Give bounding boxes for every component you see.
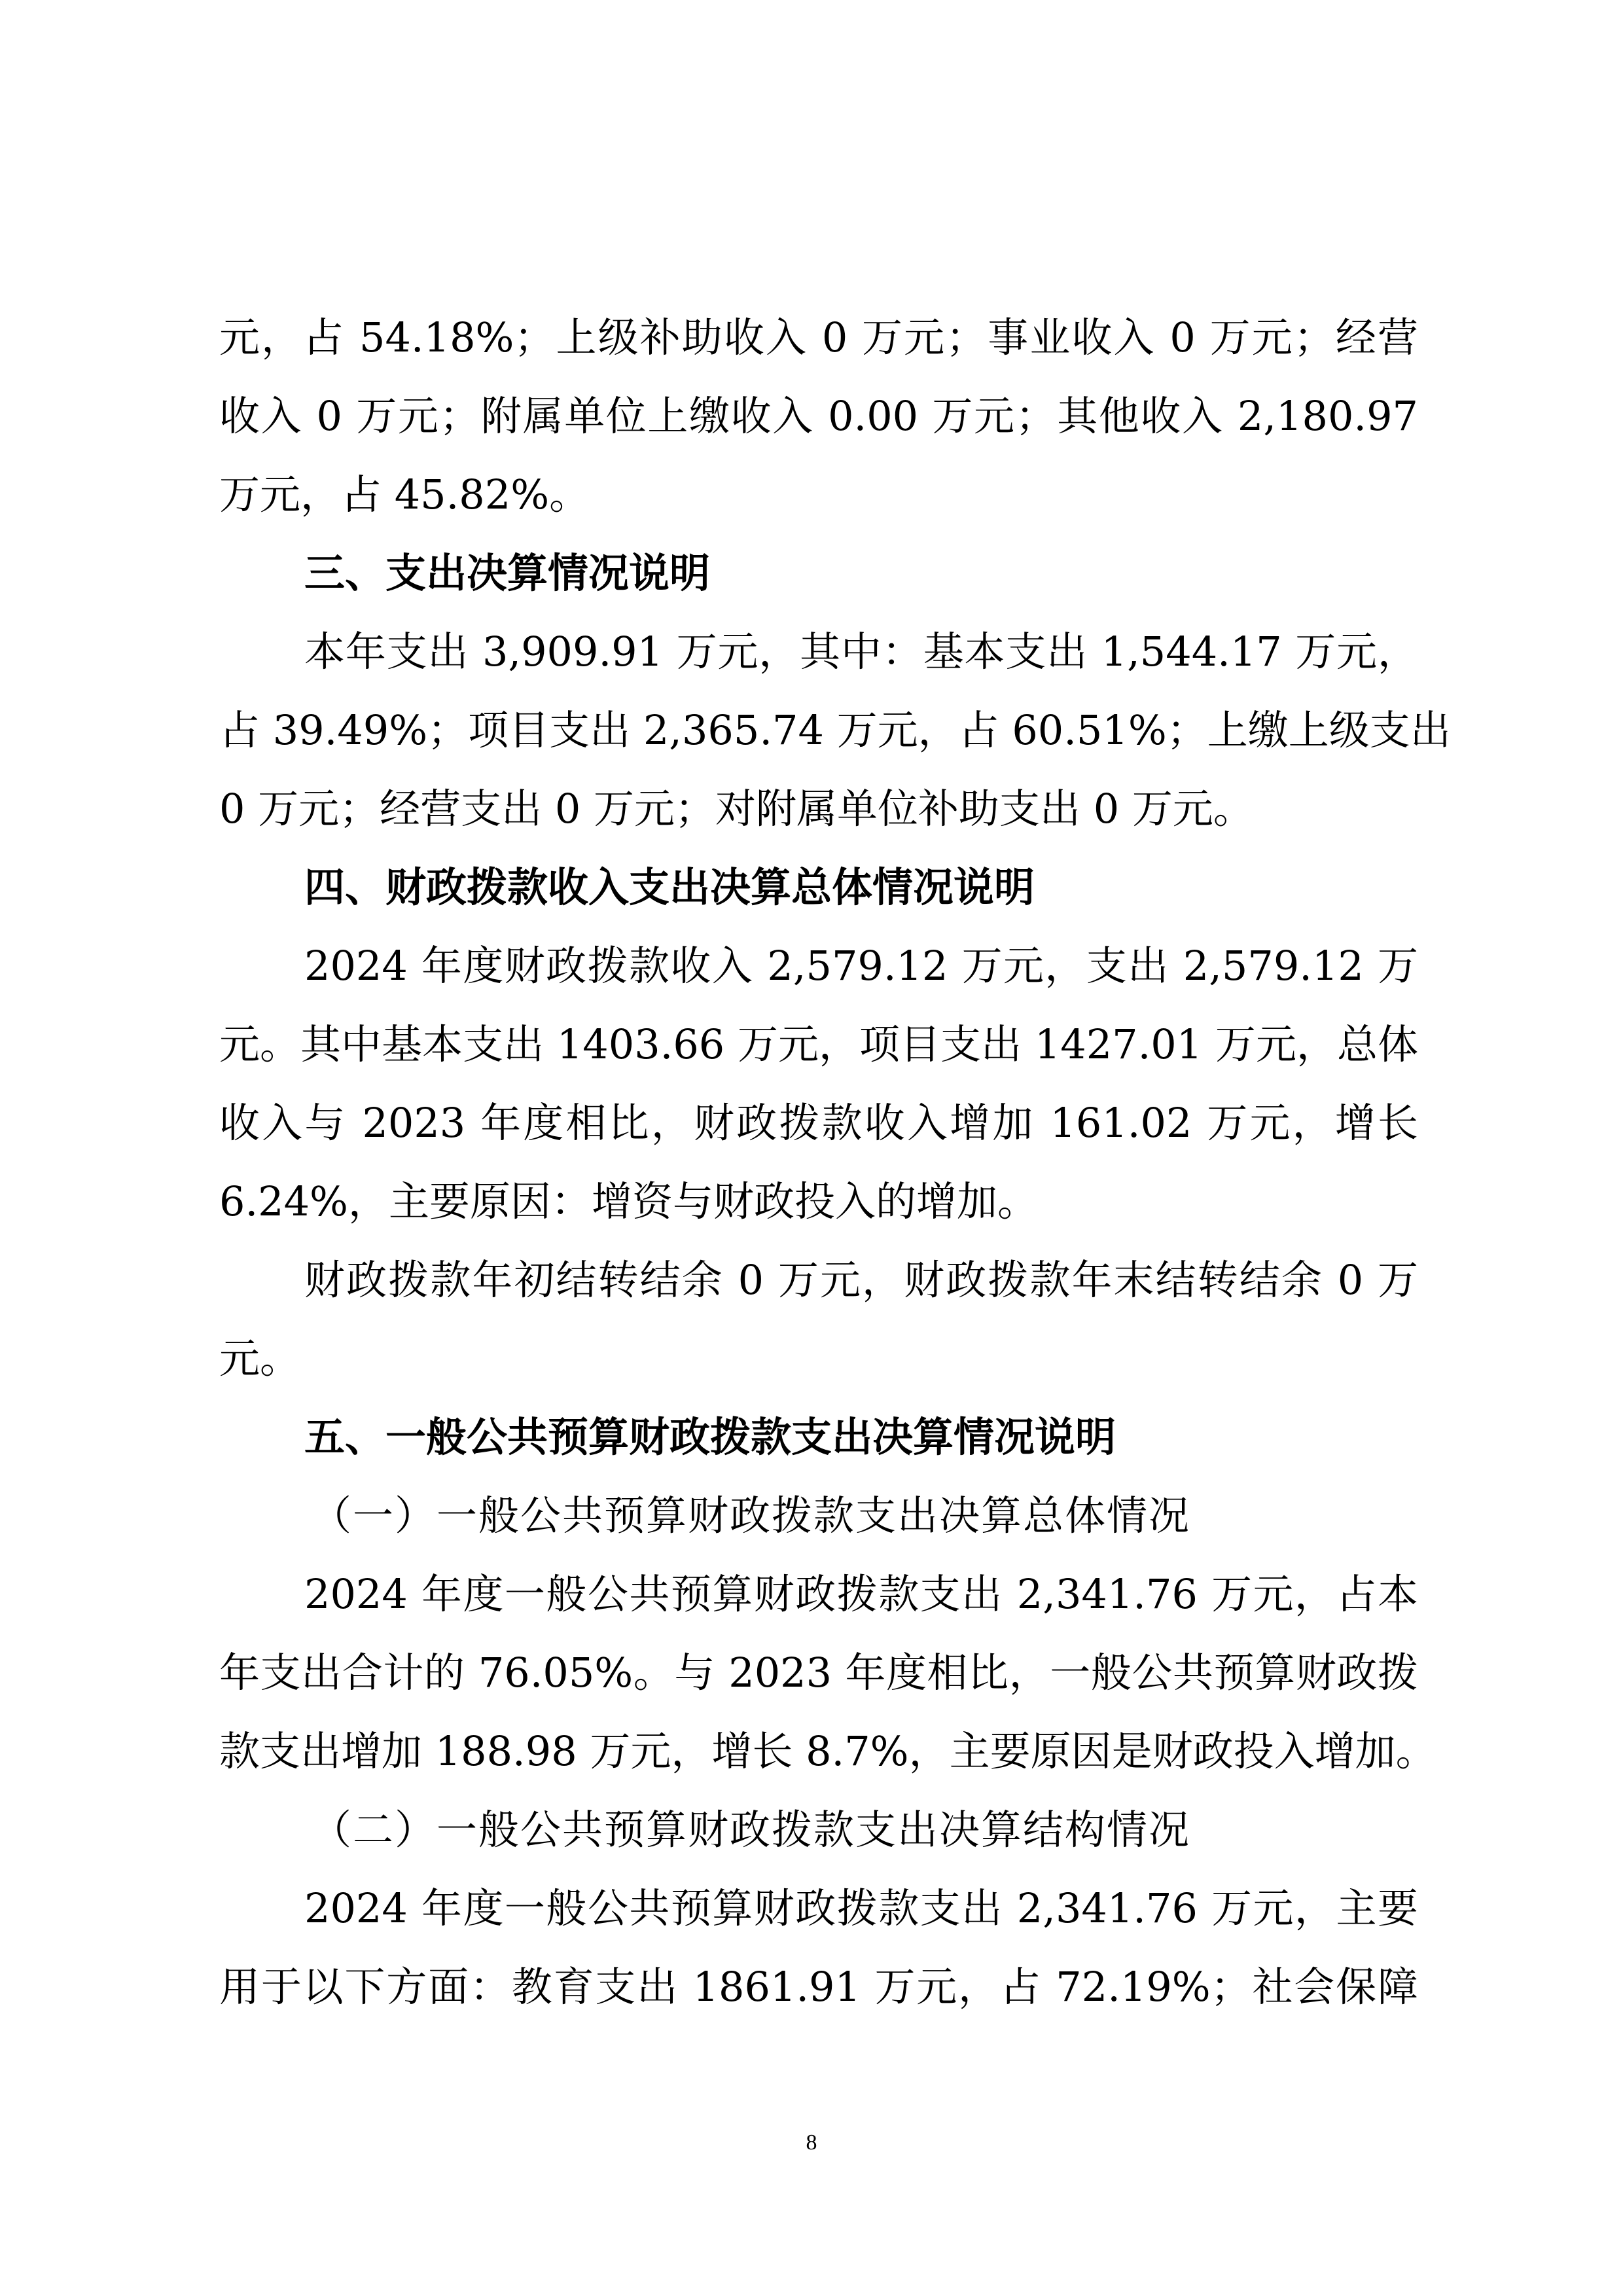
body-text-line: 财政拨款年初结转结余 0 万元，财政拨款年末结转结余 0 万 [219,1254,1418,1306]
body-text-line: 2024 年度一般公共预算财政拨款支出 2,341.76 万元，占本 [219,1568,1418,1621]
body-text-line: 6.24%，主要原因：增资与财政投入的增加。 [219,1175,1418,1228]
body-text-line: 万元，占 45.82%。 [219,469,1418,521]
page-number: 8 [0,2130,1623,2155]
body-text-line: 收入 0 万元；附属单位上缴收入 0.00 万元；其他收入 2,180.97 [219,390,1418,442]
body-text-line: 元。其中基本支出 1403.66 万元，项目支出 1427.01 万元，总体 [219,1018,1418,1071]
section-heading-expenditure: 三、支出决算情况说明 [219,547,1503,600]
body-text-line: 本年支出 3,909.91 万元，其中：基本支出 1,544.17 万元， [219,626,1418,678]
body-text-line: 2024 年度财政拨款收入 2,579.12 万元，支出 2,579.12 万 [219,940,1418,992]
body-text-line: 收入与 2023 年度相比，财政拨款收入增加 161.02 万元，增长 [219,1097,1418,1149]
body-text-line: 元，占 54.18%；上级补助收入 0 万元；事业收入 0 万元；经营 [219,312,1418,364]
body-text-line: 元。 [219,1333,1418,1385]
body-text-line: 款支出增加 188.98 万元，增长 8.7%，主要原因是财政投入增加。 [219,1725,1418,1778]
section-heading-fiscal-appropriation: 四、财政拨款收入支出决算总体情况说明 [219,861,1503,914]
body-text-line: 占 39.49%；项目支出 2,365.74 万元，占 60.51%；上缴上级支… [219,704,1418,757]
body-text-line: 年支出合计的 76.05%。与 2023 年度相比，一般公共预算财政拨 [219,1647,1418,1699]
subsection-heading-structure: （二）一般公共预算财政拨款支出决算结构情况 [219,1804,1510,1856]
body-text-line: 用于以下方面：教育支出 1861.91 万元，占 72.19%；社会保障 [219,1961,1418,2013]
body-text-line: 0 万元；经营支出 0 万元；对附属单位补助支出 0 万元。 [219,783,1418,835]
section-heading-general-budget: 五、一般公共预算财政拨款支出决算情况说明 [219,1411,1503,1463]
subsection-heading-overall: （一）一般公共预算财政拨款支出决算总体情况 [219,1490,1510,1542]
document-page: 元，占 54.18%；上级补助收入 0 万元；事业收入 0 万元；经营 收入 0… [219,0,1418,2296]
body-text-line: 2024 年度一般公共预算财政拨款支出 2,341.76 万元，主要 [219,1882,1418,1935]
